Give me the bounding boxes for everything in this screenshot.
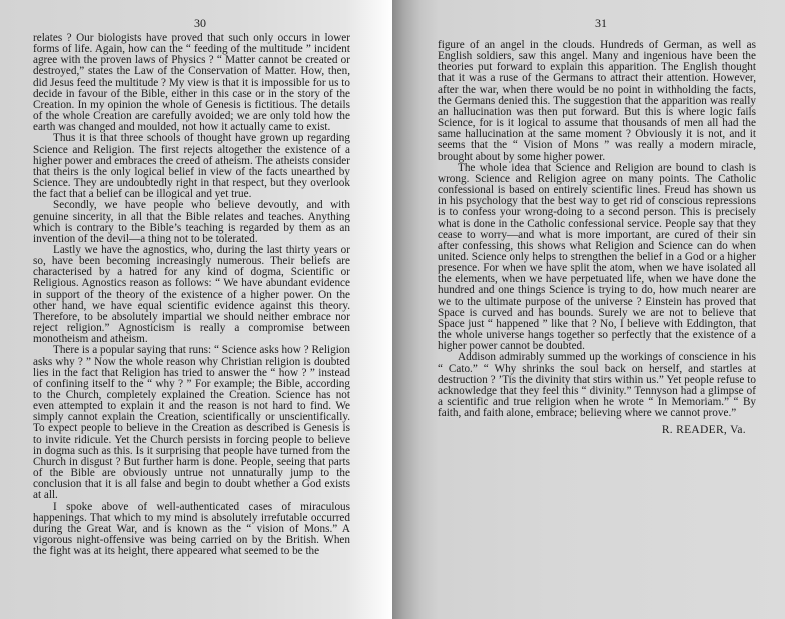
paragraph: I spoke above of well-authenticated case… [33, 502, 350, 558]
paragraph: Addison admirably summed up the workings… [438, 352, 756, 419]
paragraph: Secondly, we have people who believe dev… [33, 200, 350, 245]
paragraph: Thus it is that three schools of thought… [33, 133, 350, 200]
paragraph: Lastly we have the agnostics, who, durin… [33, 245, 350, 345]
paragraph: The whole idea that Science and Religion… [438, 163, 756, 353]
paragraph: There is a popular saying that runs: “ S… [33, 345, 350, 501]
page-body: figure of an angel in the clouds. Hundre… [438, 40, 756, 436]
right-page: 31 figure of an angel in the clouds. Hun… [392, 0, 785, 619]
page-number: 31 [591, 16, 611, 31]
left-page: 30 relates ? Our biologists have proved … [0, 0, 392, 619]
book-spread: 30 relates ? Our biologists have proved … [0, 0, 785, 619]
paragraph: figure of an angel in the clouds. Hundre… [438, 40, 756, 163]
author-signature: R. READER, Va. [438, 425, 756, 436]
page-body: relates ? Our biologists have proved tha… [33, 33, 350, 557]
paragraph: relates ? Our biologists have proved tha… [33, 33, 350, 133]
page-number: 30 [190, 16, 210, 31]
